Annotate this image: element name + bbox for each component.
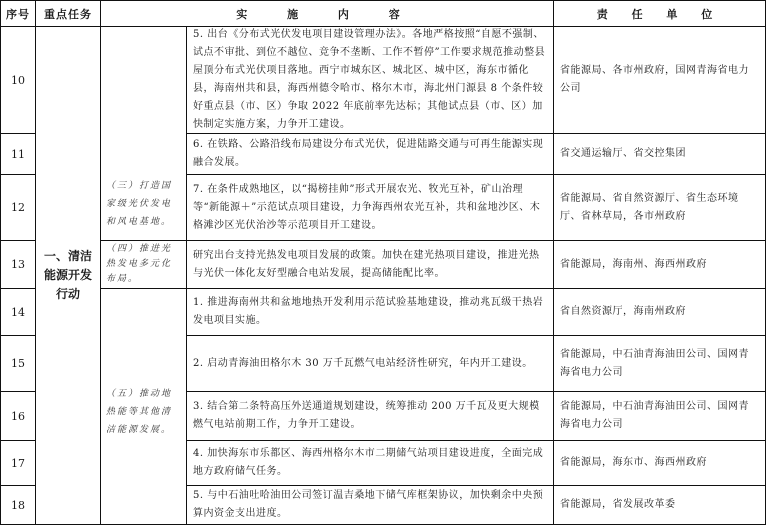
subtask-cell-3: （三）打造国家级光伏发电和风电基地。 [100,26,187,241]
row-responsible: 省能源局、各市州政府，国网青海省电力公司 [553,26,766,134]
row-content: 3. 结合第二条特高压外送通道规划建设，统筹推动 200 万千瓦及更大规模燃气电… [186,391,554,441]
row-index: 18 [0,485,36,525]
row-responsible: 省能源局，省发展改革委 [553,485,766,525]
row-responsible: 省能源局，中石油青海油田公司、国网青海省电力公司 [553,335,766,392]
subtask-label: （四）推进光热发电多元化布局。 [106,242,181,287]
row-index: 11 [0,133,36,175]
row-index: 10 [0,26,36,134]
row-content: 5. 出台《分布式光伏发电项目建设管理办法》。各地严格按照“自愿不强制、试点不审… [186,26,554,134]
row-responsible: 省自然资源厅，海南州政府 [553,288,766,336]
row-content: 研究出台支持光热发电项目发展的政策。加快在建光热项目建设，推进光热与光伏一体化友… [186,240,554,289]
row-responsible: 省能源局，中石油青海油田公司、国网青海省电力公司 [553,391,766,441]
row-index: 12 [0,174,36,241]
row-index: 14 [0,288,36,336]
major-task-label: 一、清洁能源开发行动 [42,247,94,304]
row-responsible: 省能源局，海东市、海西州政府 [553,440,766,486]
row-content: 5. 与中石油吐哈油田公司签订温吉桑地下储气库框架协议，加快剩余中央预算内资金支… [186,485,554,525]
subtask-label: （五）推动地热能等其他清洁能源发展。 [106,385,181,439]
row-content: 4. 加快海东市乐都区、海西州格尔木市二期储气站项目建设进度，全面完成地方政府储… [186,440,554,486]
row-responsible: 省能源局，海南州、海西州政府 [553,240,766,289]
row-index: 15 [0,335,36,392]
major-task-cell: 一、清洁能源开发行动 [35,26,101,525]
subtask-label: （三）打造国家级光伏发电和风电基地。 [106,177,181,231]
row-index: 17 [0,440,36,486]
row-responsible: 省交通运输厅、省交控集团 [553,133,766,175]
row-content: 6. 在铁路、公路沿线布局建设分布式光伏，促进陆路交通与可再生能源实现融合发展。 [186,133,554,175]
header-task: 重点任务 [35,0,101,27]
subtask-cell-5: （五）推动地热能等其他清洁能源发展。 [100,288,187,525]
row-content: 1. 推进海南州共和盆地地热开发利用示范试验基地建设，推动兆瓦级干热岩发电项目实… [186,288,554,336]
row-index: 16 [0,391,36,441]
subtask-cell-4: （四）推进光热发电多元化布局。 [100,240,187,289]
implementation-table: 序号 重点任务 实 施 内 容 责 任 单 位 一、清洁能源开发行动 （三）打造… [0,0,769,529]
header-content: 实 施 内 容 [100,0,554,27]
row-content: 2. 启动青海油田格尔木 30 万千瓦燃气电站经济性研究，年内开工建设。 [186,335,554,392]
row-responsible: 省能源局、省自然资源厅、省生态环境厅、省林草局，各市州政府 [553,174,766,241]
row-index: 13 [0,240,36,289]
header-index: 序号 [0,0,36,27]
row-content: 7. 在条件成熟地区，以“揭榜挂帅”形式开展农光、牧光互补，矿山治理等“新能源＋… [186,174,554,241]
header-responsible: 责 任 单 位 [553,0,766,27]
